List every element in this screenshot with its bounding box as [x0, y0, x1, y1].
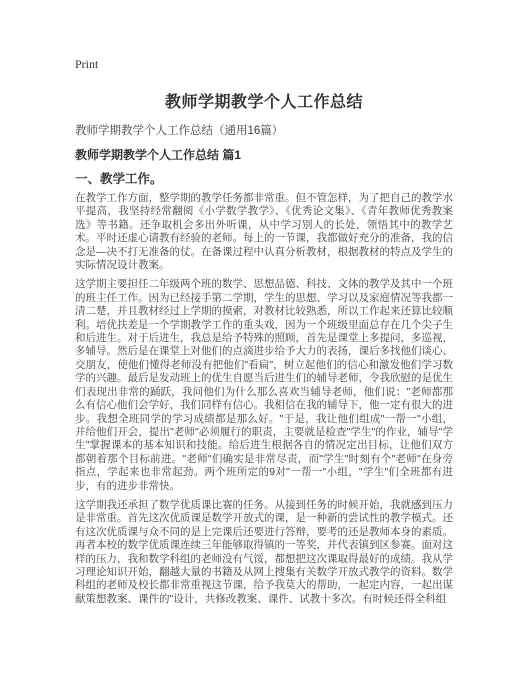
section-heading: 一、教学工作。	[75, 172, 453, 187]
paragraph-teaching-prep: 在教学工作方面，整学期的教学任务都非常重。但不管怎样，为了把自己的教学水平提高，…	[75, 192, 453, 272]
page-title: 教师学期教学个人工作总结	[75, 92, 453, 114]
print-link[interactable]: Print	[75, 58, 98, 71]
doc-subtitle: 教师学期教学个人工作总结（通用16篇）	[75, 124, 453, 138]
paragraph-quality-lesson-contest: 这学期我还承担了数学优质课比赛的任务。从接到任务的时候开始，我就感到压力是非常重…	[75, 499, 453, 606]
article-heading: 教师学期教学个人工作总结 篇1	[75, 148, 453, 163]
document-page: Print 教师学期教学个人工作总结 教师学期教学个人工作总结（通用16篇） 教…	[0, 0, 520, 673]
paragraph-class-duties: 这学期主要担任二年级两个班的数学、思想品德、科技、文体的教学及其中一个班的班主任…	[75, 278, 453, 493]
